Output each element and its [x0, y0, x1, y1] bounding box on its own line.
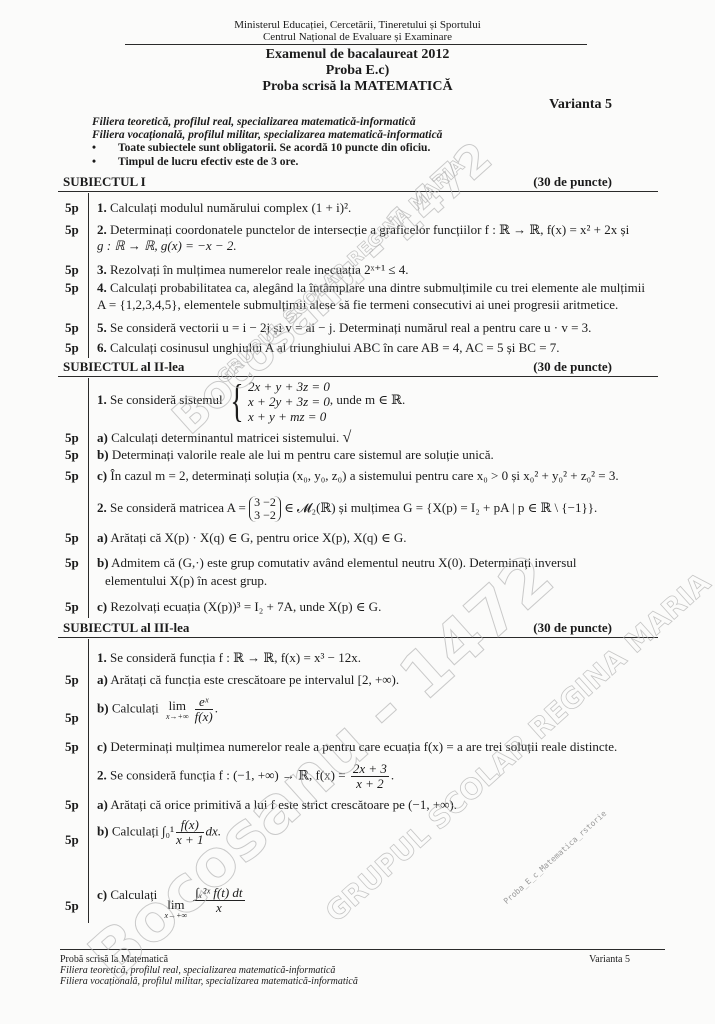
item-points: 5p [65, 430, 79, 446]
center-name: Centrul Național de Evaluare și Examinar… [0, 31, 715, 43]
proba-title: Proba E.c) [0, 63, 715, 79]
section-2-points: (30 de puncte) [533, 359, 612, 375]
section-3-title: SUBIECTUL al III-lea [63, 620, 189, 636]
s3-problem-1: 1. Se consideră funcția f : ℝ → ℝ, f(x) … [97, 650, 361, 665]
section-3-divider [58, 637, 658, 638]
s2-problem-2: 2. Se consideră matricea A = 3 −23 −2 ∈ … [97, 496, 597, 522]
item-points: 5p [65, 280, 79, 296]
bullet-2: •Timpul de lucru efectiv este de 3 ore. [92, 156, 298, 169]
section-2-margin-line [88, 378, 89, 618]
filiera-1: Filiera teoretică, profilul real, specia… [92, 116, 416, 129]
section-1-divider [58, 191, 658, 192]
item-points: 5p [65, 599, 79, 615]
bullet-2-text: Timpul de lucru efectiv este de 3 ore. [118, 156, 298, 168]
s2-2b-cont: elementului X(p) în acest grup. [105, 573, 267, 588]
watermark-filename: Proba_E_c_Matematica_rstorie [502, 809, 608, 906]
subject-title: Proba scrisă la MATEMATICĂ [0, 79, 715, 95]
filiera-2: Filiera vocațională, profilul militar, s… [92, 129, 442, 142]
item-points: 5p [65, 530, 79, 546]
item-points: 5p [65, 447, 79, 463]
section-2-divider [58, 376, 658, 377]
item-points: 5p [65, 672, 79, 688]
header-divider [125, 44, 587, 45]
footer-line-3: Filiera vocațională, profilul militar, s… [60, 976, 358, 987]
s2-1b: b) Determinați valorile reale ale lui m … [97, 447, 494, 462]
footer-variant: Varianta 5 [589, 954, 630, 965]
item-points: 5p [65, 555, 79, 571]
s3-1a: a) Arătați că funcția este crescătoare p… [97, 672, 399, 687]
section-3-points: (30 de puncte) [533, 620, 612, 636]
section-1-title: SUBIECTUL I [63, 174, 146, 190]
bullet-1: •Toate subiectele sunt obligatorii. Se a… [92, 142, 430, 155]
item-points: 5p [65, 320, 79, 336]
s2-2c: c) Rezolvați ecuația (X(p))³ = I₂ + 7A, … [97, 599, 381, 614]
s1-item-1: 1. Calculați modulul numărului complex (… [97, 200, 351, 215]
item-points: 5p [65, 200, 79, 216]
s1-item-5: 5. Se consideră vectorii u = i − 2j și v… [97, 320, 591, 335]
ministry-name: Ministerul Educației, Cercetării, Tinere… [0, 19, 715, 31]
item-points: 5p [65, 797, 79, 813]
matrix-A: 3 −23 −2 [249, 496, 281, 522]
variant-label: Varianta 5 [549, 97, 612, 113]
s2-2a: a) Arătați că X(p) · X(q) ∈ G, pentru or… [97, 530, 407, 545]
s3-1b: b) Calculați limx→+∞eˣf(x). [97, 695, 218, 724]
exam-title: Examenul de bacalaureat 2012 [0, 47, 715, 63]
item-points: 5p [65, 710, 79, 726]
item-points: 5p [65, 832, 79, 848]
item-points: 5p [65, 898, 79, 914]
item-points: 5p [65, 340, 79, 356]
bullet-1-text: Toate subiectele sunt obligatorii. Se ac… [118, 142, 430, 154]
s2-1c: c) În cazul m = 2, determinați soluția (… [97, 468, 619, 483]
section-2-title: SUBIECTUL al II-lea [63, 359, 184, 375]
s2-1a: a) Calculați determinantul matricei sist… [97, 430, 351, 445]
section-3-margin-line [88, 639, 89, 923]
item-points: 5p [65, 262, 79, 278]
section-1-points: (30 de puncte) [533, 174, 612, 190]
section-1-margin-line [88, 193, 89, 358]
item-points: 5p [65, 739, 79, 755]
item-points: 5p [65, 222, 79, 238]
s1-item-6: 6. Calculați cosinusul unghiului A al tr… [97, 340, 560, 355]
s1-item-2-cont: g : ℝ → ℝ, g(x) = −x − 2. [97, 238, 237, 253]
item-points: 5p [65, 468, 79, 484]
